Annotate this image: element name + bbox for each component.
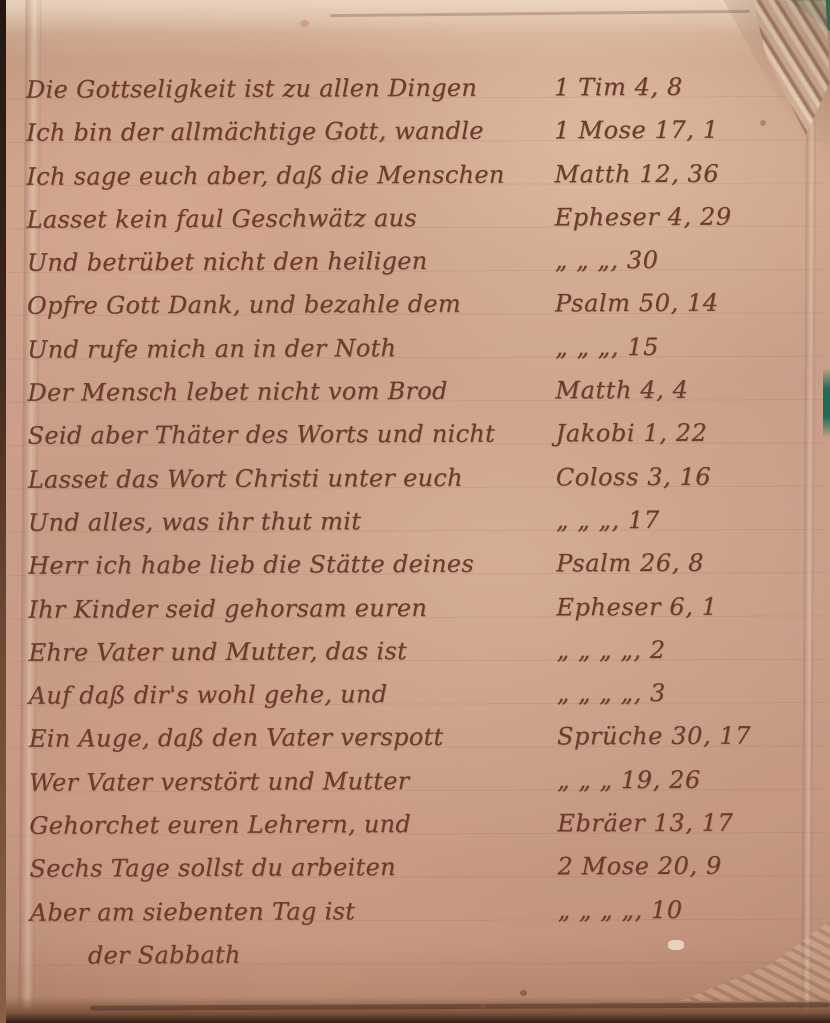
verse-line: Die Gottseligkeit ist zu allen Dingen 1 … (26, 72, 812, 119)
verse-text: Ehre Vater und Mutter, das ist (28, 636, 556, 666)
verse-text: Ich bin der allmächtige Gott, wandle (26, 117, 554, 147)
verse-reference: „ „ „, 17 (556, 505, 814, 534)
top-page-edge (0, 0, 830, 34)
verse-text: Gehorchet euren Lehrern, und (29, 809, 557, 839)
verse-reference: „ „ „, 30 (555, 245, 813, 274)
manuscript-page: Die Gottseligkeit ist zu allen Dingen 1 … (0, 0, 830, 1023)
verse-text: Auf daß dir's wohl gehe, und (29, 680, 557, 710)
verse-text: Lasset kein faul Geschwätz aus (27, 203, 555, 233)
verse-line: Und betrübet nicht den heiligen „ „ „, 3… (27, 245, 813, 292)
verse-reference: 2 Mose 20, 9 (557, 852, 815, 881)
verse-reference: Psalm 50, 14 (555, 289, 813, 318)
paper-stain (300, 20, 309, 27)
ink-blot (480, 1004, 486, 1009)
verse-line: Seid aber Thäter des Worts und nicht Jak… (28, 419, 814, 466)
verse-line: Aber am siebenten Tag ist „ „ „ „, 10 (30, 895, 816, 942)
verse-line: Ehre Vater und Mutter, das ist „ „ „ „, … (28, 635, 814, 682)
verse-reference: Ebräer 13, 17 (557, 808, 815, 837)
verse-line: Wer Vater verstört und Mutter „ „ „ 19, … (29, 765, 815, 812)
verse-text: Aber am siebenten Tag ist (30, 896, 558, 926)
verse-reference (558, 960, 816, 961)
verse-line: Ein Auge, daß den Vater verspott Sprüche… (29, 722, 815, 769)
verse-reference: „ „ „, 15 (555, 332, 813, 361)
verse-line: Ich sage euch aber, daß die Menschen Mat… (26, 159, 812, 206)
verse-reference: 1 Mose 17, 1 (554, 116, 812, 145)
verse-line: Sechs Tage sollst du arbeiten 2 Mose 20,… (29, 852, 815, 899)
verse-text: Der Mensch lebet nicht vom Brod (27, 376, 555, 406)
verse-reference: Sprüche 30, 17 (557, 722, 815, 751)
verse-reference: Epheser 4, 29 (555, 202, 813, 231)
verse-text: Die Gottseligkeit ist zu allen Dingen (26, 73, 554, 103)
verse-line: Lasset kein faul Geschwätz aus Epheser 4… (27, 202, 813, 249)
verse-text: Und alles, was ihr thut mit (28, 506, 556, 536)
verse-text: Ihr Kinder seid gehorsam euren (28, 593, 556, 623)
verse-text: Und betrübet nicht den heiligen (27, 247, 555, 277)
verse-text: Und rufe mich an in der Noth (27, 333, 555, 363)
verse-text: der Sabbath (30, 939, 558, 969)
verse-line: Opfre Gott Dank, und bezahle dem Psalm 5… (27, 289, 813, 336)
verse-text: Ich sage euch aber, daß die Menschen (26, 160, 554, 190)
verse-text: Herr ich habe lieb die Stätte deines (28, 550, 556, 580)
verse-line: Auf daß dir's wohl gehe, und „ „ „ „, 3 (29, 678, 815, 725)
verse-list: Die Gottseligkeit ist zu allen Dingen 1 … (26, 72, 816, 985)
verse-reference: Epheser 6, 1 (556, 592, 814, 621)
verse-line: Lasset das Wort Christi unter euch Colos… (28, 462, 814, 509)
verse-text: Seid aber Thäter des Worts und nicht (28, 420, 556, 450)
verse-line: Herr ich habe lieb die Stätte deines Psa… (28, 549, 814, 596)
verse-line: Und alles, was ihr thut mit „ „ „, 17 (28, 505, 814, 552)
verse-reference: „ „ „ „, 2 (556, 635, 814, 664)
verse-reference: Psalm 26, 8 (556, 549, 814, 578)
right-edge-gap (823, 368, 830, 438)
verse-line: Ihr Kinder seid gehorsam euren Epheser 6… (28, 592, 814, 639)
verse-line: Und rufe mich an in der Noth „ „ „, 15 (27, 332, 813, 379)
verse-text: Opfre Gott Dank, und bezahle dem (27, 290, 555, 320)
ink-blot (520, 990, 527, 996)
verse-text: Sechs Tage sollst du arbeiten (29, 853, 557, 883)
verse-reference: Jakobi 1, 22 (556, 419, 814, 448)
verse-reference: Matth 4, 4 (555, 375, 813, 404)
binding-edge (0, 0, 6, 1023)
verse-line: Der Mensch lebet nicht vom Brod Matth 4,… (27, 375, 813, 422)
verse-reference: „ „ „ „, 3 (557, 678, 815, 707)
verse-line: Ich bin der allmächtige Gott, wandle 1 M… (26, 116, 812, 163)
verse-reference: Matth 12, 36 (554, 159, 812, 188)
verse-text: Lasset das Wort Christi unter euch (28, 463, 556, 493)
verse-text: Ein Auge, daß den Vater verspott (29, 723, 557, 753)
verse-text: Wer Vater verstört und Mutter (29, 766, 557, 796)
verse-line: Gehorchet euren Lehrern, und Ebräer 13, … (29, 808, 815, 855)
verse-line: der Sabbath (30, 938, 816, 985)
verse-reference: „ „ „ 19, 26 (557, 765, 815, 794)
verse-reference: „ „ „ „, 10 (558, 895, 816, 924)
verse-reference: Coloss 3, 16 (556, 462, 814, 491)
